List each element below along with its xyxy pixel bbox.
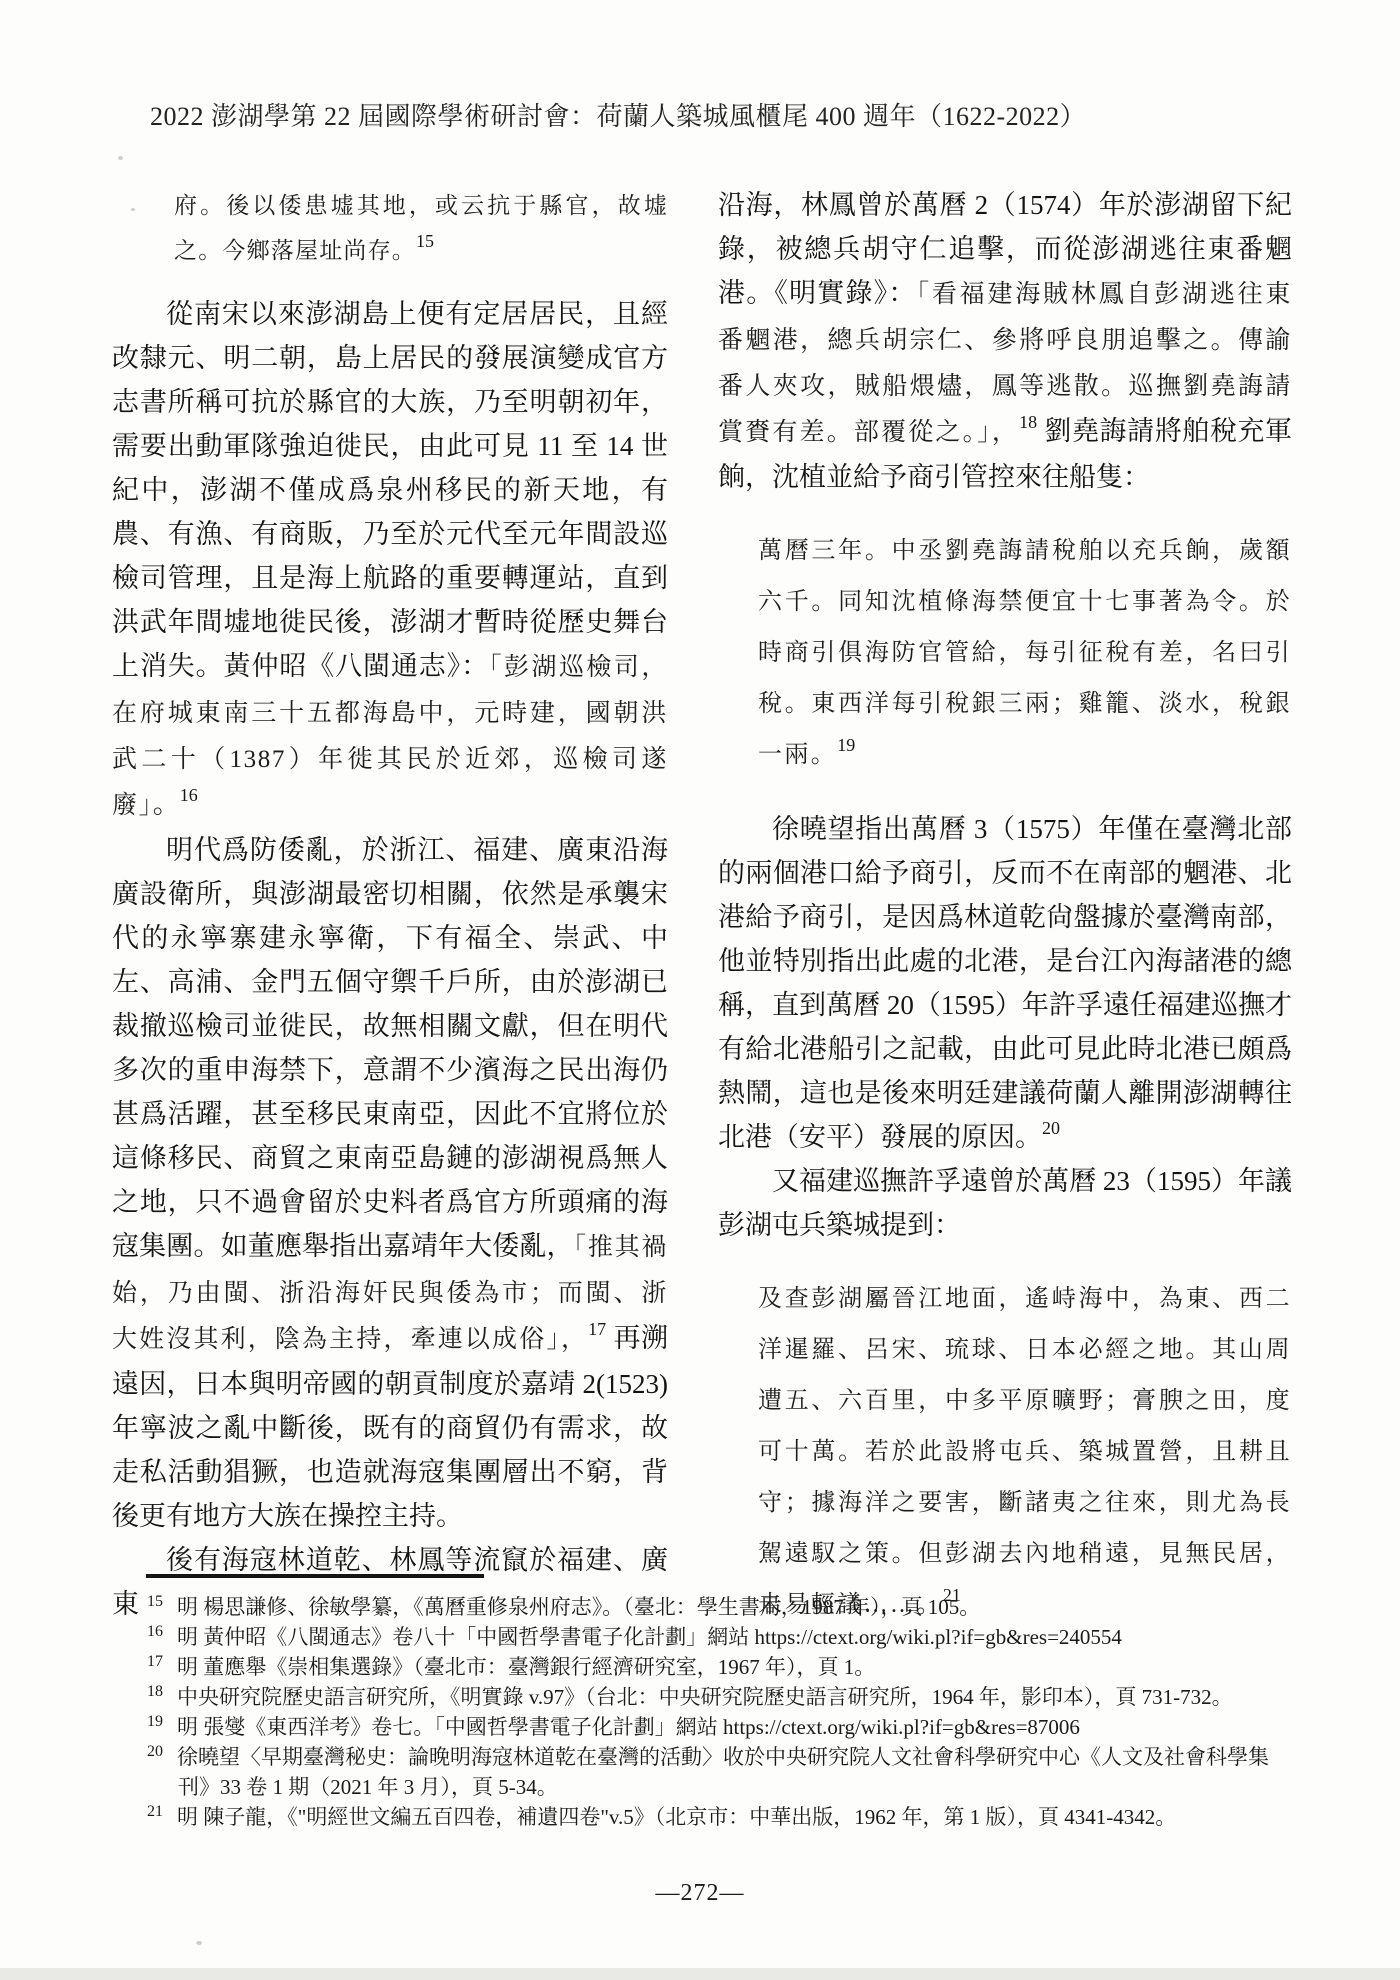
- footnote-separator: [146, 1574, 484, 1578]
- scan-edge: [0, 1968, 1400, 1980]
- paragraph: 又福建巡撫許孚遠曾於萬曆 23（1595）年議彭湖屯兵築城提到：: [718, 1159, 1292, 1247]
- footnote-item: 19明 張燮《東西洋考》卷七。「中國哲學書電子化計劃」網站 https://ct…: [147, 1712, 1297, 1742]
- scan-artifact: [131, 208, 135, 211]
- footnote-item: 17明 董應舉《崇相集選錄》（臺北市：臺灣銀行經濟研究室，1967 年），頁 1…: [147, 1652, 1297, 1682]
- body-text: 又福建巡撫許孚遠曾於萬曆 23（1595）年議彭湖屯兵築城提到：: [718, 1166, 1292, 1240]
- footnote-item: 16明 黃仲昭《八閩通志》卷八十「中國哲學書電子化計劃」網站 https://c…: [147, 1622, 1297, 1652]
- footnote-list: 15明 楊思謙修、徐敏學纂，《萬曆重修泉州府志》。（臺北：學生書局，1987 年…: [147, 1592, 1297, 1832]
- footnote-item: 21明 陳子龍，《"明經世文編五百四卷，補遺四卷"v.5》（北京市：中華出版，1…: [147, 1802, 1297, 1832]
- footnote-item: 15明 楊思謙修、徐敏學纂，《萬曆重修泉州府志》。（臺北：學生書局，1987 年…: [147, 1592, 1297, 1622]
- footnote-text: 明 楊思謙修、徐敏學纂，《萬曆重修泉州府志》。（臺北：學生書局，1987 年），…: [177, 1595, 980, 1619]
- text-column-left: 府。後以倭患墟其地，或云抗于縣官，故墟之。今鄉落屋址尚存。15 從南宋以來澎湖島…: [112, 183, 668, 1626]
- paragraph: 從南宋以來澎湖島上便有定居居民，且經改隸元、明二朝，島上居民的發展演變成官方志書…: [112, 292, 668, 828]
- text-column-right: 沿海，林鳳曾於萬曆 2（1574）年於澎湖留下紀錄，被總兵胡守仁追擊，而從澎湖逃…: [718, 183, 1292, 1631]
- footnote-ref-19: 19: [837, 735, 855, 755]
- body-text: 徐曉望指出萬曆 3（1575）年僅在臺灣北部的兩個港口給予商引，反而不在南部的魍…: [718, 814, 1292, 1152]
- footnote-item: 20徐曉望〈早期臺灣秘史：論晚明海寇林道乾在臺灣的活動〉收於中央研究院人文社會科…: [147, 1742, 1297, 1802]
- footnote-item: 18中央研究院歷史語言研究所，《明實錄 v.97》（台北：中央研究院歷史語言研究…: [147, 1682, 1297, 1712]
- footnote-number: 15: [147, 1593, 163, 1610]
- body-text: 。: [153, 789, 180, 819]
- block-quote: 及查彭湖屬晉江地面，遙峙海中，為東、西二洋暹羅、呂宋、琉球、日本必經之地。其山周…: [758, 1274, 1292, 1631]
- block-quote: 萬曆三年。中丞劉堯誨請稅舶以充兵餉，歲額六千。同知沈植條海禁便宜十七事著為令。於…: [758, 526, 1292, 781]
- footnote-text: 中央研究院歷史語言研究所，《明實錄 v.97》（台北：中央研究院歷史語言研究所，…: [177, 1685, 1233, 1709]
- footnote-ref-15: 15: [416, 231, 434, 251]
- footnote-number: 18: [147, 1683, 163, 1700]
- footnote-number: 20: [147, 1743, 163, 1760]
- page-number: —272—: [0, 1880, 1400, 1907]
- footnote-ref-16: 16: [180, 785, 198, 805]
- footnote-number: 21: [147, 1803, 163, 1820]
- footnote-number: 16: [147, 1623, 163, 1640]
- footnote-text: 徐曉望〈早期臺灣秘史：論晚明海寇林道乾在臺灣的活動〉收於中央研究院人文社會科學研…: [177, 1745, 1269, 1799]
- block-quote-continuation: 府。後以倭患墟其地，或云抗于縣官，故墟之。今鄉落屋址尚存。15: [174, 183, 668, 273]
- body-text: 再溯遠因，日本與明帝國的朝貢制度於嘉靖 2(1523)年寧波之亂中斷後，既有的商…: [112, 1323, 668, 1531]
- body-text: 明代爲防倭亂，於浙江、福建、廣東沿海廣設衛所，與澎湖最密切相關，依然是承襲宋代的…: [112, 835, 668, 1261]
- footnote-number: 19: [147, 1713, 163, 1730]
- footnote-text: 明 董應舉《崇相集選錄》（臺北市：臺灣銀行經濟研究室，1967 年），頁 1。: [177, 1655, 875, 1679]
- quote-text: 萬曆三年。中丞劉堯誨請稅舶以充兵餉，歲額六千。同知沈植條海禁便宜十七事著為令。於…: [758, 538, 1292, 768]
- footnote-number: 17: [147, 1653, 163, 1670]
- footnote-text: 明 陳子龍，《"明經世文編五百四卷，補遺四卷"v.5》（北京市：中華出版，196…: [177, 1805, 1176, 1829]
- footnote-text: 明 黃仲昭《八閩通志》卷八十「中國哲學書電子化計劃」網站 https://cte…: [177, 1625, 1122, 1649]
- footnote-ref-18: 18: [1019, 412, 1037, 432]
- paragraph: 徐曉望指出萬曆 3（1575）年僅在臺灣北部的兩個港口給予商引，反而不在南部的魍…: [718, 807, 1292, 1159]
- footnote-text: 明 張燮《東西洋考》卷七。「中國哲學書電子化計劃」網站 https://ctex…: [177, 1715, 1080, 1739]
- footnote-ref-17: 17: [588, 1319, 606, 1339]
- paragraph: 明代爲防倭亂，於浙江、福建、廣東沿海廣設衛所，與澎湖最密切相關，依然是承襲宋代的…: [112, 828, 668, 1538]
- quote-text: 府。後以倭患墟其地，或云抗于縣官，故墟之。今鄉落屋址尚存。: [174, 193, 668, 263]
- paragraph-continuation: 沿海，林鳳曾於萬曆 2（1574）年於澎湖留下紀錄，被總兵胡守仁追擊，而從澎湖逃…: [718, 183, 1292, 499]
- scanned-document-page: 2022 澎湖學第 22 屆國際學術研討會：荷蘭人築城風櫃尾 400 週年（16…: [0, 0, 1400, 1980]
- scan-artifact: [196, 1941, 202, 1945]
- footnote-ref-20: 20: [1042, 1118, 1060, 1138]
- running-header: 2022 澎湖學第 22 屆國際學術研討會：荷蘭人築城風櫃尾 400 週年（16…: [150, 96, 1086, 133]
- scan-artifact: [118, 156, 123, 160]
- quote-text: 及查彭湖屬晉江地面，遙峙海中，為東、西二洋暹羅、呂宋、琉球、日本必經之地。其山周…: [758, 1286, 1292, 1618]
- body-text: 從南宋以來澎湖島上便有定居居民，且經改隸元、明二朝，島上居民的發展演變成官方志書…: [112, 299, 668, 681]
